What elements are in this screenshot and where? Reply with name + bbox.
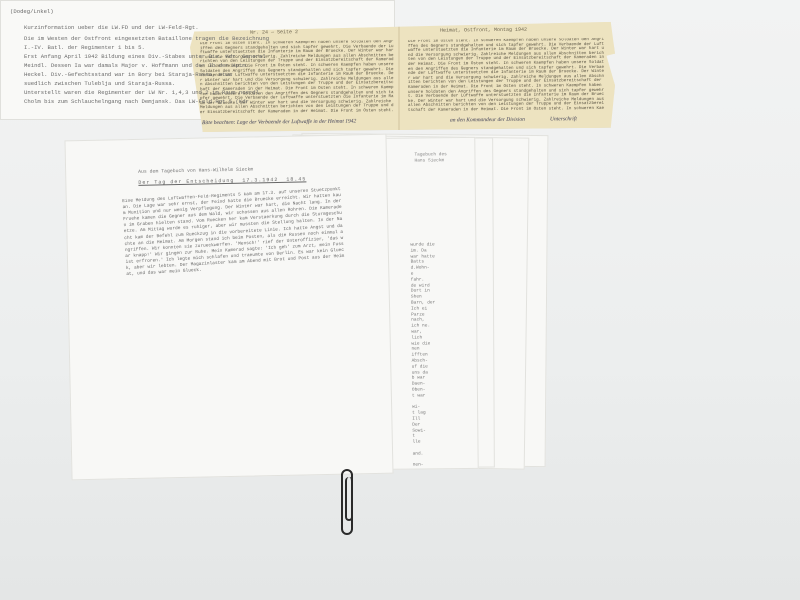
handwritten-note-left: Bitte beachten: Lage der Verbaende der L… bbox=[202, 118, 356, 126]
info-sheet-title: Kurzinformation ueber die LW.FD und der … bbox=[24, 24, 199, 31]
info-line: suedlich zwischen Tuleblja und Staraja-R… bbox=[24, 80, 175, 87]
sheet-a-header: Tagebuch des Hans Sieckm bbox=[414, 152, 447, 164]
info-line: I.-IV. Batl. der Regimenter 1 bis 5. bbox=[24, 44, 145, 51]
info-line: Meindl. Dessen Ia war damals Major v. Ho… bbox=[24, 62, 249, 69]
diary-subtitle: Der Tag der Entscheidung 17.3.1942 18.45 bbox=[138, 176, 306, 186]
diary-body: Eine Meldung des Luftwaffen-Feld-Regimen… bbox=[122, 187, 357, 469]
info-line: Erst Anfang April 1942 Bildung eines Div… bbox=[24, 53, 266, 60]
handwritten-note-mid: an den Kommandeur der Division bbox=[450, 117, 525, 124]
newspaper-header-right: Heimat, Ostfront, Montag 1942 bbox=[440, 27, 527, 34]
info-line: Die im Westen der Ostfront eingesetzten … bbox=[24, 35, 269, 42]
paperclip bbox=[341, 469, 353, 535]
info-line: Unterstellt waren die Regimenter der LW … bbox=[24, 89, 262, 96]
handwritten-note-right: Unterschrift bbox=[550, 116, 577, 122]
sheet-a-column: wurde die im. Da war hatte Batts d.Wohn-… bbox=[410, 242, 437, 468]
newspaper-fold bbox=[398, 24, 400, 130]
diary-title: Aus dem Tagebuch von Hans-Wilhelm Sieckm bbox=[138, 167, 253, 175]
info-sheet-header: (Dodeg/Lnkel) bbox=[10, 8, 54, 15]
diary-page: Aus dem Tagebuch von Hans-Wilhelm Sieckm… bbox=[64, 134, 393, 481]
info-line: Cholm bis zum Schlauchelngang nach Demja… bbox=[24, 98, 252, 105]
newspaper-column-right: Die Front im Osten steht. In schweren Ka… bbox=[408, 38, 606, 112]
info-line: Heckel. Div.-Gefechtsstand war in Bory b… bbox=[24, 71, 232, 78]
